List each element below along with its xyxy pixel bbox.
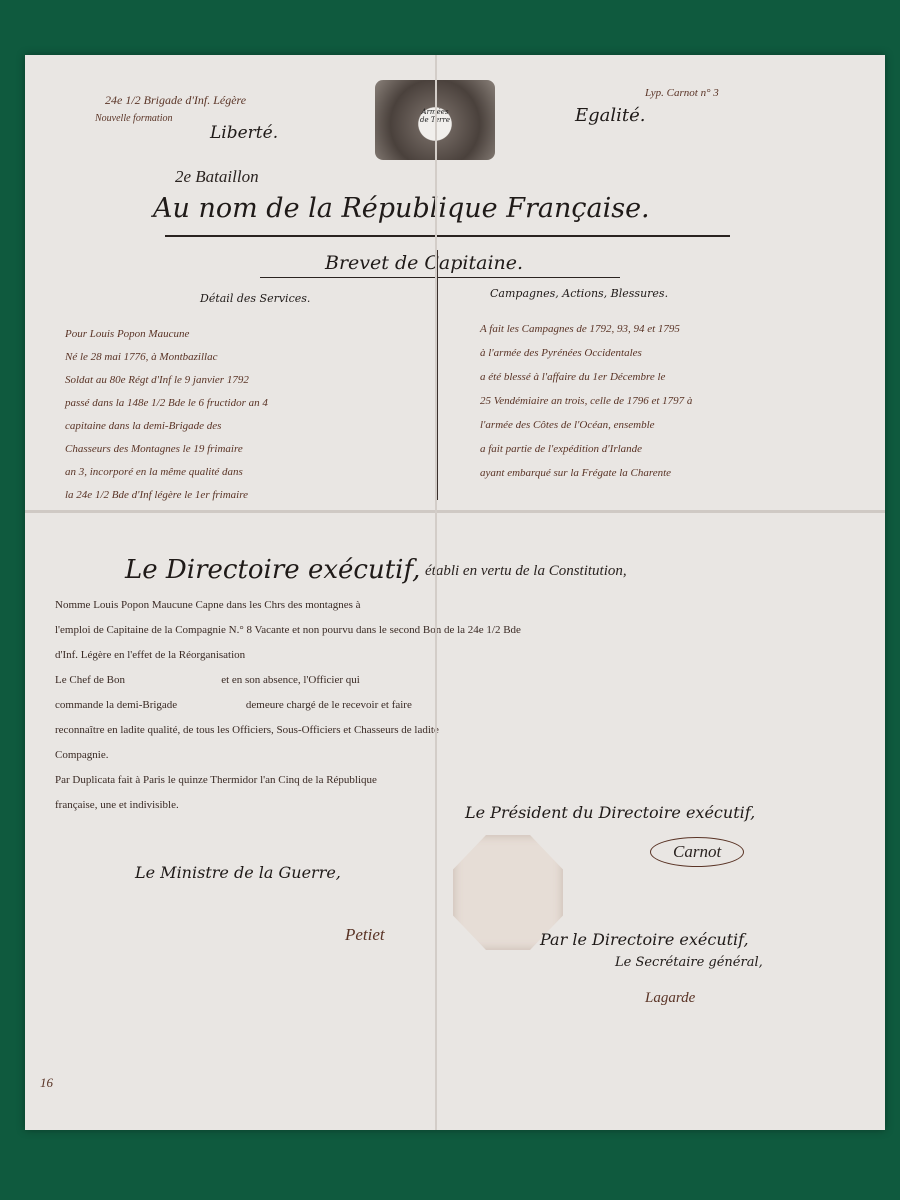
campaigns-header: Campagnes, Actions, Blessures. bbox=[490, 287, 668, 300]
minister-label: Le Ministre de la Guerre, bbox=[135, 863, 341, 882]
secretary-signature: Lagarde bbox=[645, 990, 695, 1007]
services-header: Détail des Services. bbox=[200, 292, 310, 305]
minister-signature: Petiet bbox=[345, 925, 385, 945]
republic-emblem: Armées de Terre bbox=[375, 80, 495, 160]
title-rule bbox=[260, 277, 620, 278]
margin-note-brigade: 24e 1/2 Brigade d'Inf. Légère bbox=[105, 93, 246, 108]
corner-note: 16 bbox=[40, 1075, 53, 1091]
secretary-label: Le Secrétaire général, bbox=[615, 955, 763, 970]
certificate-title: Brevet de Capitaine. bbox=[325, 252, 523, 274]
heading-rule bbox=[165, 235, 730, 237]
motto-liberte: Liberté. bbox=[210, 123, 278, 143]
by-directory-label: Par le Directoire exécutif, bbox=[540, 930, 749, 949]
directory-heading: Le Directoire exécutif, bbox=[125, 555, 420, 585]
column-divider bbox=[435, 250, 438, 500]
heading: Au nom de la République Française. bbox=[153, 193, 650, 224]
margin-note-formation: Nouvelle formation bbox=[95, 113, 173, 124]
directory-subheading: établi en vertu de la Constitution, bbox=[425, 563, 627, 580]
services-detail: Pour Louis Popon Maucune Né le 28 mai 17… bbox=[65, 323, 430, 507]
certificate-document: 24e 1/2 Brigade d'Inf. Légère Nouvelle f… bbox=[25, 55, 885, 1130]
president-label: Le Président du Directoire exécutif, bbox=[465, 803, 755, 822]
motto-egalite: Egalité. bbox=[575, 105, 646, 126]
president-signature: Carnot bbox=[650, 837, 744, 867]
campaigns-detail: A fait les Campagnes de 1792, 93, 94 et … bbox=[480, 317, 840, 485]
nomination-body: Nomme Louis Popon Maucune Capne dans les… bbox=[55, 593, 865, 818]
margin-note-reference: Lyp. Carnot n° 3 bbox=[645, 87, 719, 99]
battalion-label: 2e Bataillon bbox=[175, 167, 259, 187]
